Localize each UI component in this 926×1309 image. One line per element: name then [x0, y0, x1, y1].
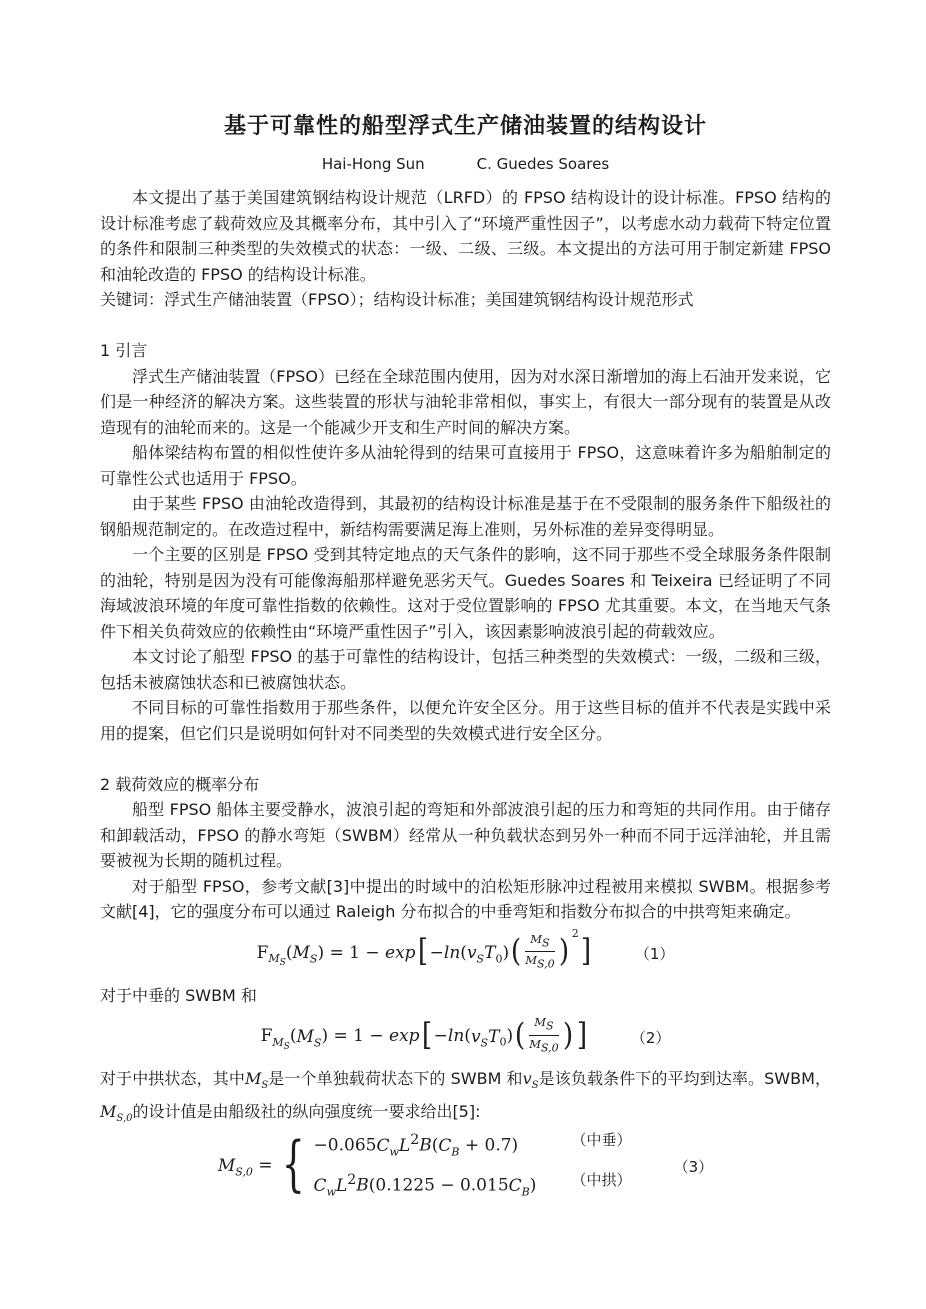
equation-link-text: 对于中垂的 SWBM 和 — [100, 983, 831, 1009]
abstract-paragraph: 本文提出了基于美国建筑钢结构设计规范（LRFD）的 FPSO 结构设计的设计标准… — [100, 185, 831, 287]
section1-paragraph-4: 一个主要的区别是 FPSO 受到其特定地点的天气条件的影响，这不同于那些不受全球… — [100, 542, 831, 644]
section1-paragraph-2: 船体梁结构布置的相似性使许多从油轮得到的结果可直接用于 FPSO，这意味着许多为… — [100, 440, 831, 491]
equation-2-formula: FMS(MS) = 1 − exp[−ln(vST0)(MSMS,0)] — [261, 1017, 589, 1056]
equation-2: FMS(MS) = 1 − exp[−ln(vST0)(MSMS,0)] （2） — [100, 1008, 831, 1066]
keywords-line: 关键词：浮式生产储油装置（FPSO）；结构设计标准；美国建筑钢结构设计规范形式 — [100, 287, 831, 313]
equation-3-formula: MS,0 = {−0.065CwL2B(CB + 0.7)（中垂）CwL2B(0… — [218, 1126, 632, 1206]
author-1: Hai-Hong Sun — [322, 155, 425, 173]
section2-paragraph-1: 船型 FPSO 船体主要受静水，波浪引起的弯矩和外部波浪引起的压力和弯矩的共同作… — [100, 797, 831, 874]
paper-title: 基于可靠性的船型浮式生产储油装置的结构设计 — [100, 112, 831, 141]
equation-3: MS,0 = {−0.065CwL2B(CB + 0.7)（中垂）CwL2B(0… — [100, 1131, 831, 1201]
equation-1-number: （1） — [635, 943, 675, 964]
authors-line: Hai-Hong SunC. Guedes Soares — [100, 154, 831, 174]
equation-1-formula: FMS(MS) = 1 − exp[−ln(vST0)(MSMS,0)2] — [257, 934, 593, 973]
section1-paragraph-5: 本文讨论了船型 FPSO 的基于可靠性的结构设计，包括三种类型的失效模式：一级，… — [100, 644, 831, 695]
section2-paragraph-3: 对于中拱状态，其中MS是一个单独载荷状态下的 SWBM 和vS是该负载条件下的平… — [100, 1066, 831, 1131]
section1-paragraph-6: 不同目标的可靠性指数用于那些条件，以便允许安全区分。用于这些目标的值并不代表是实… — [100, 695, 831, 746]
section2-paragraph-2: 对于船型 FPSO，参考文献[3]中提出的时域中的泊松矩形脉冲过程被用来模拟 S… — [100, 874, 831, 925]
author-2: C. Guedes Soares — [477, 155, 609, 173]
document-page: 基于可靠性的船型浮式生产储油装置的结构设计 Hai-Hong SunC. Gue… — [0, 0, 926, 1309]
section-2-heading: 2 载荷效应的概率分布 — [100, 772, 831, 798]
equation-1: FMS(MS) = 1 − exp[−ln(vST0)(MSMS,0)2] （1… — [100, 925, 831, 983]
section1-paragraph-3: 由于某些 FPSO 由油轮改造得到，其最初的结构设计标准是基于在不受限制的服务条… — [100, 491, 831, 542]
equation-3-number: （3） — [674, 1156, 714, 1177]
section-1-heading: 1 引言 — [100, 338, 831, 364]
equation-2-number: （2） — [631, 1027, 671, 1048]
section1-paragraph-1: 浮式生产储油装置（FPSO）已经在全球范围内使用，因为对水深日渐增加的海上石油开… — [100, 364, 831, 441]
